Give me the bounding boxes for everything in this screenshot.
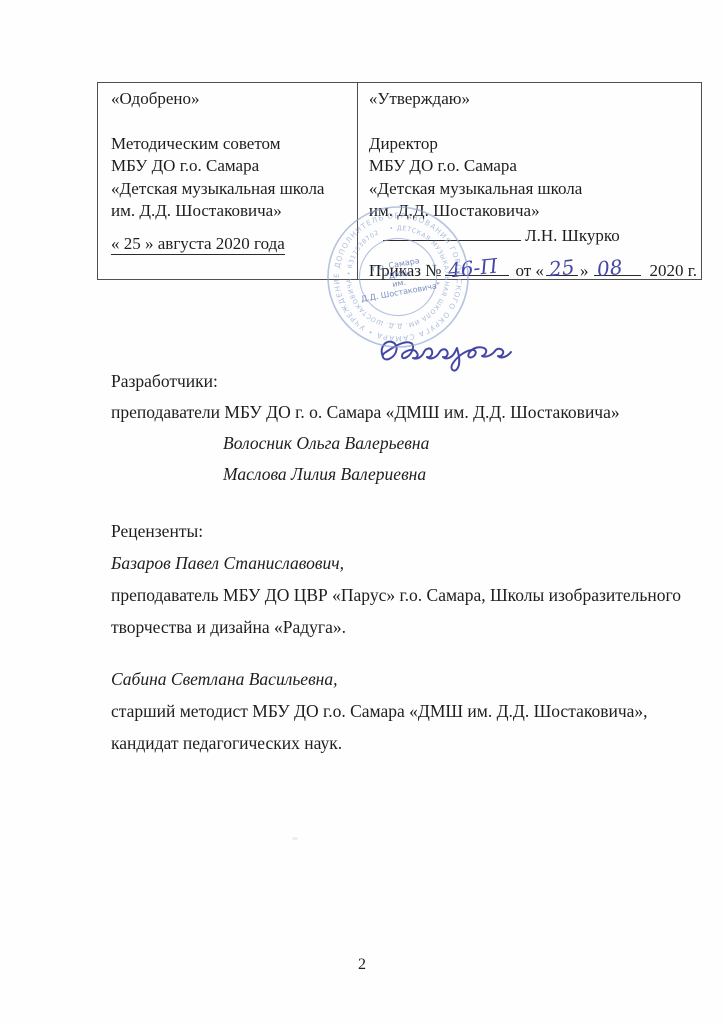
approved-line: Методическим советом [111,133,349,156]
developers-heading: Разработчики: [111,366,620,397]
developer-name: Маслова Лилия Валериевна [223,459,620,490]
order-month-handwritten: 08 [596,256,623,279]
page-number: 2 [0,956,724,974]
approved-line: «Детская музыкальная школа [111,178,349,201]
affirmed-line: Директор [369,133,697,156]
order-year: 2020 г. [649,261,697,280]
developers-section: Разработчики: преподаватели МБУ ДО г. о.… [111,366,620,490]
reviewer-description-line: творчества и дизайна «Радуга». [111,611,681,643]
order-prefix: Приказ № [369,261,442,280]
reviewer-entry: Сабина Светлана Васильевна, старший мето… [111,663,648,759]
order-number-blank: 46-П [445,261,509,276]
approved-date: « 25 » августа 2020 года [111,233,349,256]
signature-underline [383,240,521,241]
order-day-handwritten: 25 [548,256,575,279]
developers-intro: преподаватели МБУ ДО г. о. Самара «ДМШ и… [111,397,620,428]
order-number-handwritten: 46-П [448,255,499,280]
order-line: Приказ №46-Пот «25»082020 г. [369,260,697,283]
reviewer-description-line: старший методист МБУ ДО г.о. Самара «ДМШ… [111,695,648,727]
approved-line: МБУ ДО г.о. Самара [111,155,349,178]
approval-cell-approved: «Одобрено» Методическим советом МБУ ДО г… [98,83,358,279]
order-quote-close: » [580,261,589,280]
affirmed-title: «Утверждаю» [369,88,697,123]
reviewer-name: Сабина Светлана Васильевна, [111,663,648,695]
reviewer-name: Базаров Павел Станиславович, [111,547,681,579]
order-from: от « [515,261,543,280]
signer-name: Л.Н. Шкурко [525,226,620,245]
reviewers-heading: Рецензенты: [111,515,681,547]
reviewers-section: Рецензенты: Базаров Павел Станиславович,… [111,515,681,643]
signature-line: Л.Н. Шкурко [369,225,697,247]
approved-title: «Одобрено» [111,88,349,123]
reviewer-description-line: преподаватель МБУ ДО ЦВР «Парус» г.о. Са… [111,579,681,611]
scan-artifact [292,837,298,840]
affirmed-line: МБУ ДО г.о. Самара [369,155,697,178]
reviewer-description-line: кандидат педагогических наук. [111,727,648,759]
developer-name: Волосник Ольга Валерьевна [223,428,620,459]
order-day-blank: 25 [546,261,578,276]
document-page: «Одобрено» Методическим советом МБУ ДО г… [0,0,724,1024]
approved-line: им. Д.Д. Шостаковича» [111,200,349,223]
approval-cell-affirmed: «Утверждаю» Директор МБУ ДО г.о. Самара … [358,83,701,279]
affirmed-line: им. Д.Д. Шостаковича» [369,200,697,223]
stamp-center-line: Д.Д. Шостаковича" [360,281,441,304]
order-month-blank: 08 [594,261,641,276]
approval-table: «Одобрено» Методическим советом МБУ ДО г… [97,82,702,280]
affirmed-line: «Детская музыкальная школа [369,178,697,201]
